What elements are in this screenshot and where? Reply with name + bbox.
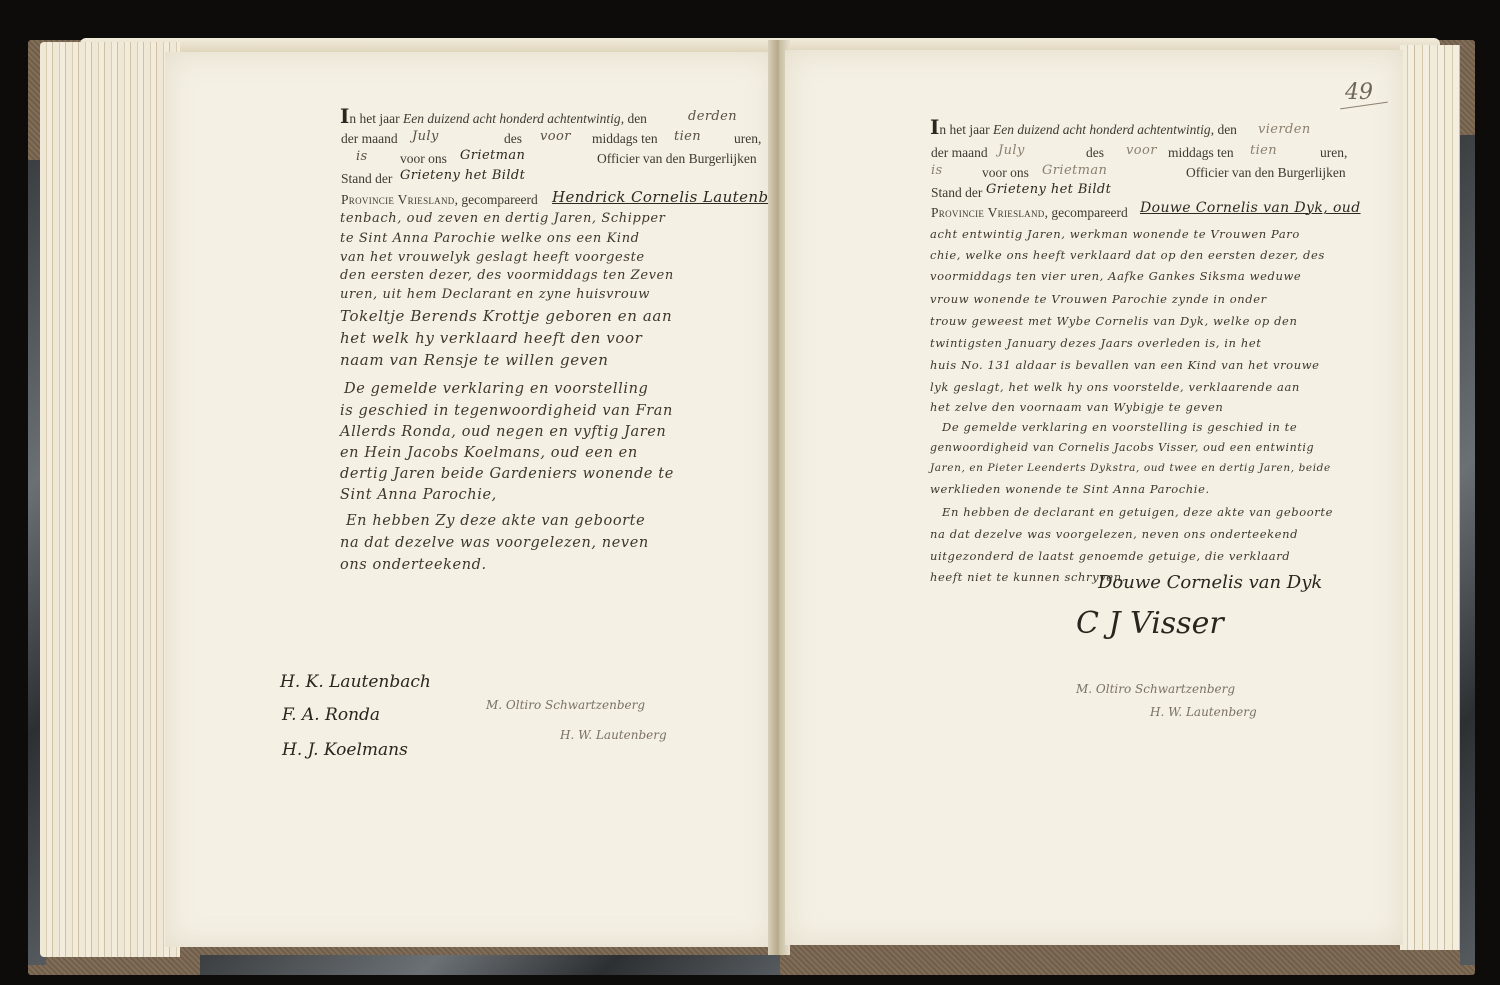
right-signature-visser: C J Visser xyxy=(1076,606,1224,641)
right-municipality: Grieteny het Bildt xyxy=(986,182,1111,197)
page-stack-right xyxy=(1400,45,1460,950)
right-official-signature-2: H. W. Lautenberg xyxy=(1150,705,1257,719)
left-body-line: Allerds Ronda, oud negen en vyftig Jaren xyxy=(340,424,666,440)
right-printed-provincie: Provincie Vriesland, gecompareerd xyxy=(931,203,1128,222)
right-officer: Grietman xyxy=(1042,163,1107,178)
left-body-line: dertig Jaren beide Gardeniers wonende te xyxy=(340,466,674,482)
page-number: 49 xyxy=(1345,80,1373,105)
right-printed-line-1: In het jaar Een duizend acht honderd ach… xyxy=(930,118,1237,139)
right-printed-voor-ons: voor ons xyxy=(982,163,1029,182)
left-printed-middags: middags ten xyxy=(592,129,658,148)
left-signature-ronda: F. A. Ronda xyxy=(282,705,380,725)
right-body-line: trouw geweest met Wybe Cornelis van Dyk,… xyxy=(930,314,1297,328)
left-body-line: Tokeltje Berends Krottje geboren en aan xyxy=(340,307,672,325)
right-printed-stand: Stand der xyxy=(931,183,982,202)
right-body-line: na dat dezelve was voorgelezen, neven on… xyxy=(930,527,1298,541)
right-day: vierden xyxy=(1258,122,1311,137)
right-body-line: Jaren, en Pieter Leenderts Dykstra, oud … xyxy=(930,462,1331,474)
right-declarant: Douwe Cornelis van Dyk, oud xyxy=(1140,200,1361,216)
right-printed-uren: uren, xyxy=(1320,143,1347,162)
left-official-signature-1: M. Oltiro Schwartzenberg xyxy=(486,698,645,712)
year-text: Een duizend acht honderd achtentwintig xyxy=(993,122,1211,137)
right-voor: voor xyxy=(1126,143,1157,158)
left-hour: tien xyxy=(674,129,701,144)
left-body-line: na dat dezelve was voorgelezen, neven xyxy=(340,535,649,551)
right-body-line: het zelve den voornaam van Wybigje te ge… xyxy=(930,400,1223,414)
marbled-cover-edge-right xyxy=(1460,135,1475,965)
right-body-line: chie, welke ons heeft verklaard dat op d… xyxy=(930,248,1325,262)
drop-cap: I xyxy=(930,115,939,139)
right-printed-des: des xyxy=(1086,143,1104,162)
right-printed-officier: Officier van den Burgerlijken xyxy=(1186,163,1346,182)
right-body-line: uitgezonderd de laatst genoemde getuige,… xyxy=(930,549,1290,563)
left-signature-lautenbach: H. K. Lautenbach xyxy=(280,672,431,692)
right-body-line: twintigsten January dezes Jaars overlede… xyxy=(930,336,1261,350)
right-hour: tien xyxy=(1250,143,1277,158)
left-printed-maand: der maand xyxy=(341,129,398,148)
right-month: July xyxy=(998,143,1025,158)
right-body-line: acht entwintig Jaren, werkman wonende te… xyxy=(930,227,1300,241)
right-body-line: lyk geslagt, het welk hy ons voorstelde,… xyxy=(930,380,1300,394)
left-printed-stand: Stand der xyxy=(341,169,392,188)
right-official-signature-1: M. Oltiro Schwartzenberg xyxy=(1076,682,1235,696)
left-printed-voor-ons: voor ons xyxy=(400,149,447,168)
right-signature-van-dyk: Douwe Cornelis van Dyk xyxy=(1098,572,1322,593)
right-body-line: genwoordigheid van Cornelis Jacobs Visse… xyxy=(930,441,1314,454)
left-body-line: van het vrouwelyk geslagt heeft voorgest… xyxy=(340,250,645,265)
right-body-line: En hebben de declarant en getuigen, deze… xyxy=(942,505,1333,519)
left-body-line: en Hein Jacobs Koelmans, oud een en xyxy=(340,445,638,461)
left-body-line: naam van Rensje te willen geven xyxy=(340,351,609,369)
drop-cap: I xyxy=(340,104,349,128)
left-is: is xyxy=(356,149,368,164)
right-body-line: De gemelde verklaring en voorstelling is… xyxy=(942,420,1297,434)
right-body-line: huis No. 131 aldaar is bevallen van een … xyxy=(930,358,1320,372)
left-body-line: te Sint Anna Parochie welke ons een Kind xyxy=(340,231,640,246)
right-body-line: vrouw wonende te Vrouwen Parochie zynde … xyxy=(930,292,1267,306)
left-body-line: tenbach, oud zeven en dertig Jaren, Schi… xyxy=(340,211,665,226)
left-body-line: Sint Anna Parochie, xyxy=(340,487,497,503)
page-stack-left xyxy=(40,42,180,957)
marbled-cover-edge-bottom xyxy=(200,955,780,975)
left-printed-des: des xyxy=(504,129,522,148)
left-day: derden xyxy=(688,109,737,124)
left-printed-officier: Officier van den Burgerlijken xyxy=(597,149,757,168)
year-text: Een duizend acht honderd achtentwintig xyxy=(403,111,621,126)
left-signature-koelmans: H. J. Koelmans xyxy=(282,740,408,760)
left-voor: voor xyxy=(540,129,571,144)
left-municipality: Grieteny het Bildt xyxy=(400,168,525,183)
left-officer: Grietman xyxy=(460,148,525,163)
left-body-line: den eersten dezer, des voormiddags ten Z… xyxy=(340,268,674,283)
left-body-line: De gemelde verklaring en voorstelling xyxy=(344,381,648,397)
left-printed-uren: uren, xyxy=(734,129,761,148)
left-body-line: En hebben Zy deze akte van geboorte xyxy=(346,513,645,529)
left-official-signature-2: H. W. Lautenberg xyxy=(560,728,667,742)
left-declarant: Hendrick Cornelis Lautenbach xyxy=(552,188,797,206)
left-printed-provincie: Provincie Vriesland, gecompareerd xyxy=(341,190,538,209)
right-body-line: voormiddags ten vier uren, Aafke Gankes … xyxy=(930,269,1301,283)
left-month: July xyxy=(412,129,439,144)
left-printed-line-1: In het jaar Een duizend acht honderd ach… xyxy=(340,107,647,128)
left-body-line: is geschied in tegenwoordigheid van Fran xyxy=(340,403,673,419)
right-body-line: werklieden wonende te Sint Anna Parochie… xyxy=(930,482,1210,496)
right-printed-middags: middags ten xyxy=(1168,143,1234,162)
open-register-book: In het jaar Een duizend acht honderd ach… xyxy=(0,0,1500,985)
right-printed-maand: der maand xyxy=(931,143,988,162)
left-body-line: uren, uit hem Declarant en zyne huisvrou… xyxy=(340,287,650,302)
left-body-line: het welk hy verklaard heeft den voor xyxy=(340,329,642,347)
left-body-line: ons onderteekend. xyxy=(340,557,487,573)
right-body-line: heeft niet te kunnen schryven. xyxy=(930,570,1126,584)
right-is: is xyxy=(931,163,943,178)
